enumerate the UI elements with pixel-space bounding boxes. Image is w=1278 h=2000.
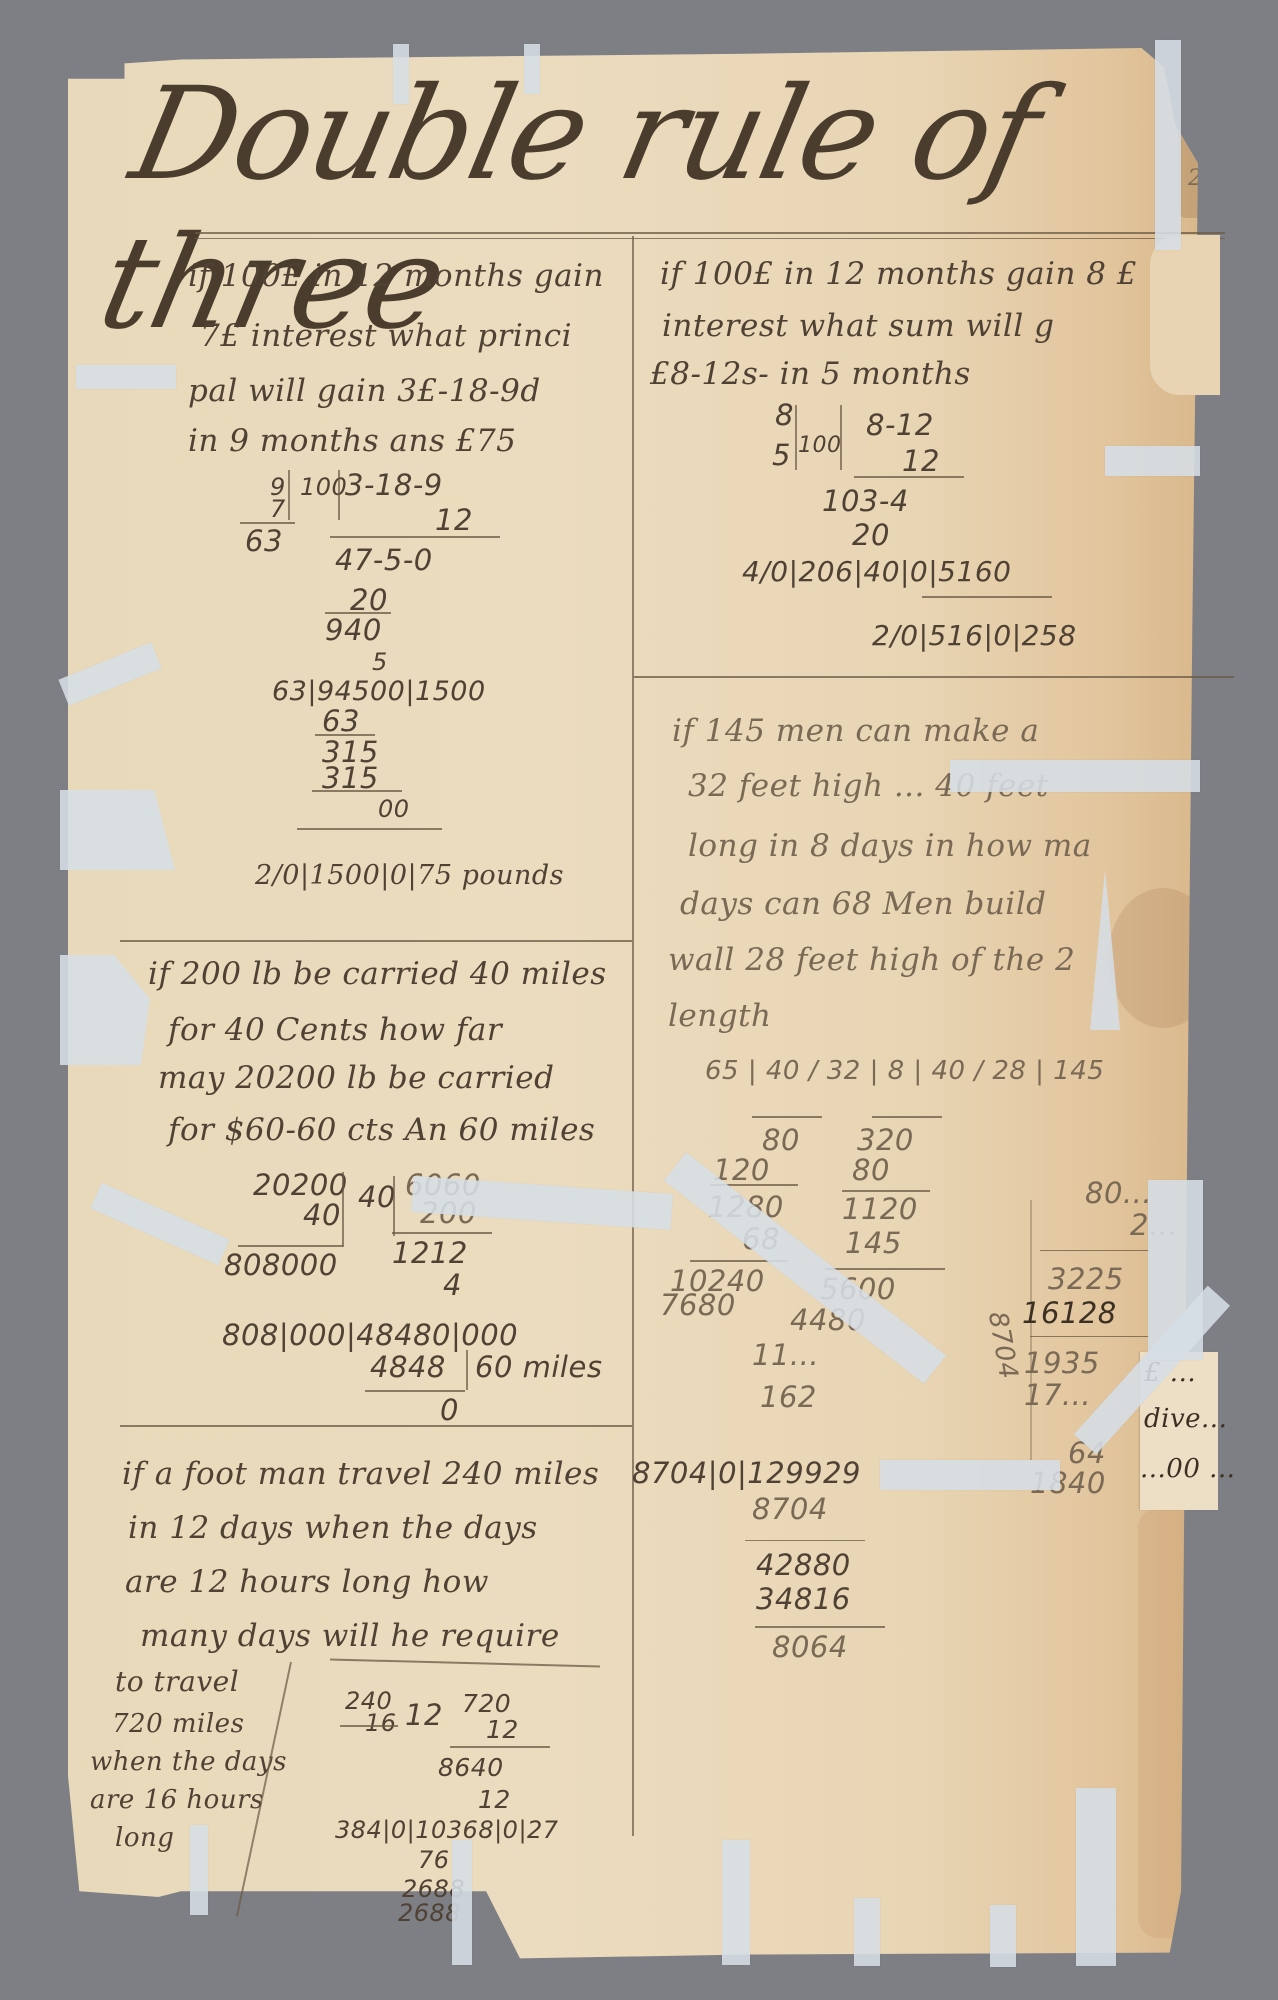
working-rule [922,596,1052,598]
working-number: 4848 [370,1352,446,1383]
working-rule [338,470,340,520]
working-number: 40 [303,1200,341,1231]
working-number: 5 [772,440,791,471]
question-line: if 100£ in 12 months gain 8 £ [660,248,1137,300]
working-number: 808000 [224,1250,338,1281]
working-rule [312,790,402,792]
working-rule [466,1350,468,1390]
working-number: 12 [435,505,473,536]
slip-line: ...00 ... [1140,1454,1235,1484]
working-header: 65 | 40 / 32 | 8 | 40 / 28 | 145 [705,1056,1104,1087]
working-number: 12 [405,1700,443,1731]
working-rule [238,1245,343,1247]
answer-line: 2/0|1500|0|75 pounds [255,850,564,902]
working-number: 16 [365,1708,397,1739]
working-number: 8064 [772,1632,848,1663]
working-rule [825,1268,945,1270]
division-line: 63|94500|1500 [272,676,486,707]
question-line: if 145 men can make a [672,705,1039,757]
working-number: 80... [1085,1178,1152,1209]
question-line: long [115,1812,174,1864]
working-number: 20 [852,520,890,551]
working-number: 940 [325,615,382,646]
working-number: 12 [902,446,940,477]
working-rule [752,1116,822,1118]
working-rule [795,405,797,470]
question-line: days can 68 Men build [680,878,1046,930]
working-number: 8 [775,400,794,431]
working-number: 1212 [392,1238,468,1269]
working-number: 12 [486,1714,519,1745]
working-number: 103-4 [822,486,909,517]
question-line: £8-12s- in 5 months [650,348,971,400]
division-line: 4/0|206|40|0|5160 [742,556,1011,587]
slip-line: dive... [1144,1404,1227,1434]
working-number: 80 [852,1155,890,1186]
working-number: 12 [478,1784,511,1815]
working-number: 320 [857,1125,914,1156]
working-number: 34816 [756,1584,851,1615]
question-line: for 40 Cents how far [168,1004,502,1056]
answer-line: 2/0|516|0|258 [872,620,1077,651]
division-line: 384|0|10368|0|27 [335,1815,559,1846]
working-rule [342,1172,344,1247]
question-line: if a foot man travel 240 miles [122,1448,599,1500]
question-line: may 20200 lb be carried [158,1052,554,1104]
working-number: 42880 [756,1550,851,1581]
working-rule [330,536,500,538]
stain [1138,1508,1198,1938]
working-rule [365,1390,465,1392]
question-line: if 100£ in 12 months gain [188,250,604,302]
working-rule [340,1725,398,1727]
conservation-tape [1155,40,1181,250]
question-line: for $60-60 cts An 60 miles [168,1104,595,1156]
conservation-tape [1076,1788,1116,1966]
working-rule [288,470,290,520]
working-number: 3-18-9 [345,470,443,501]
section-divider-left-1 [120,940,632,942]
working-rule [872,1116,942,1118]
working-number: 7680 [660,1290,736,1321]
working-number: 100 [798,430,842,461]
conservation-tape [76,365,176,389]
question-line: in 9 months ans £75 [188,415,516,467]
working-number: 63 [245,526,283,557]
working-number: 47-5-0 [335,545,433,576]
working-number: 63 [322,706,360,737]
section-divider-left-2 [120,1425,632,1427]
working-number: 4 [443,1270,462,1301]
conservation-tape [880,1460,1060,1490]
title-underline [195,232,1225,234]
conservation-tape [1148,1180,1203,1360]
working-number: 20200 [253,1170,348,1201]
question-line: are 12 hours long how [125,1556,489,1608]
working-rule [854,476,964,478]
working-number: 8-12 [866,410,934,441]
conservation-tape [990,1905,1016,1967]
working-rule [745,1540,865,1541]
conservation-tape [722,1840,750,1965]
section-divider-right-1 [634,676,1234,678]
answer-line: 60 miles [475,1352,602,1383]
working-number: 5 [372,647,388,678]
working-number: 80 [762,1125,800,1156]
working-rule [755,1626,885,1628]
working-number: 8704 [752,1494,828,1525]
working-rule [297,828,442,830]
question-line: length [668,990,772,1042]
working-number: 17... [1024,1380,1091,1411]
working-number: 16128 [1022,1298,1117,1329]
working-rule [392,1232,492,1234]
working-number: 1120 [842,1194,918,1225]
title-underline-2 [195,238,1225,239]
working-rule [1040,1250,1150,1251]
working-number: 162 [760,1382,817,1413]
working-number: 1935 [1024,1348,1100,1379]
conservation-tape [1105,446,1200,476]
division-line: 8704|0|129929 [632,1458,861,1489]
working-rule [393,1176,395,1236]
working-number: 145 [845,1228,902,1259]
question-line: interest what sum will g [662,300,1054,352]
working-number: 0 [440,1395,459,1426]
working-number: 8640 [438,1752,504,1783]
working-rule [1030,1200,1032,1460]
working-rule [1030,1336,1150,1337]
working-number: 3225 [1048,1264,1124,1295]
conservation-tape [950,760,1200,792]
conservation-tape [190,1825,208,1915]
question-line: wall 28 feet high of the 2 [668,934,1075,986]
division-line: 808|000|48480|000 [222,1320,518,1351]
working-number: 00 [378,794,410,825]
conservation-tape [854,1898,880,1966]
question-line: long in 8 days in how ma [688,820,1092,872]
question-line: 7£ interest what princi [200,310,572,362]
working-rule [450,1746,550,1748]
working-rule [840,405,842,470]
working-number: 7 [270,494,286,525]
question-line: many days will he require [140,1610,560,1662]
stain [1108,888,1218,1028]
conservation-tape [524,44,540,94]
working-number: 76 [418,1845,450,1876]
folded-corner-patch [1150,235,1220,395]
question-line: in 12 days when the days [128,1502,538,1554]
column-divider [632,236,634,1836]
working-number: 100 [300,472,347,503]
working-number: 40 [358,1182,396,1213]
conservation-tape [393,44,409,104]
question-line: if 200 lb be carried 40 miles [148,948,607,1000]
question-line: pal will gain 3£-18-9d [188,365,541,417]
working-number: 11... [752,1340,819,1371]
conservation-tape [452,1840,472,1965]
